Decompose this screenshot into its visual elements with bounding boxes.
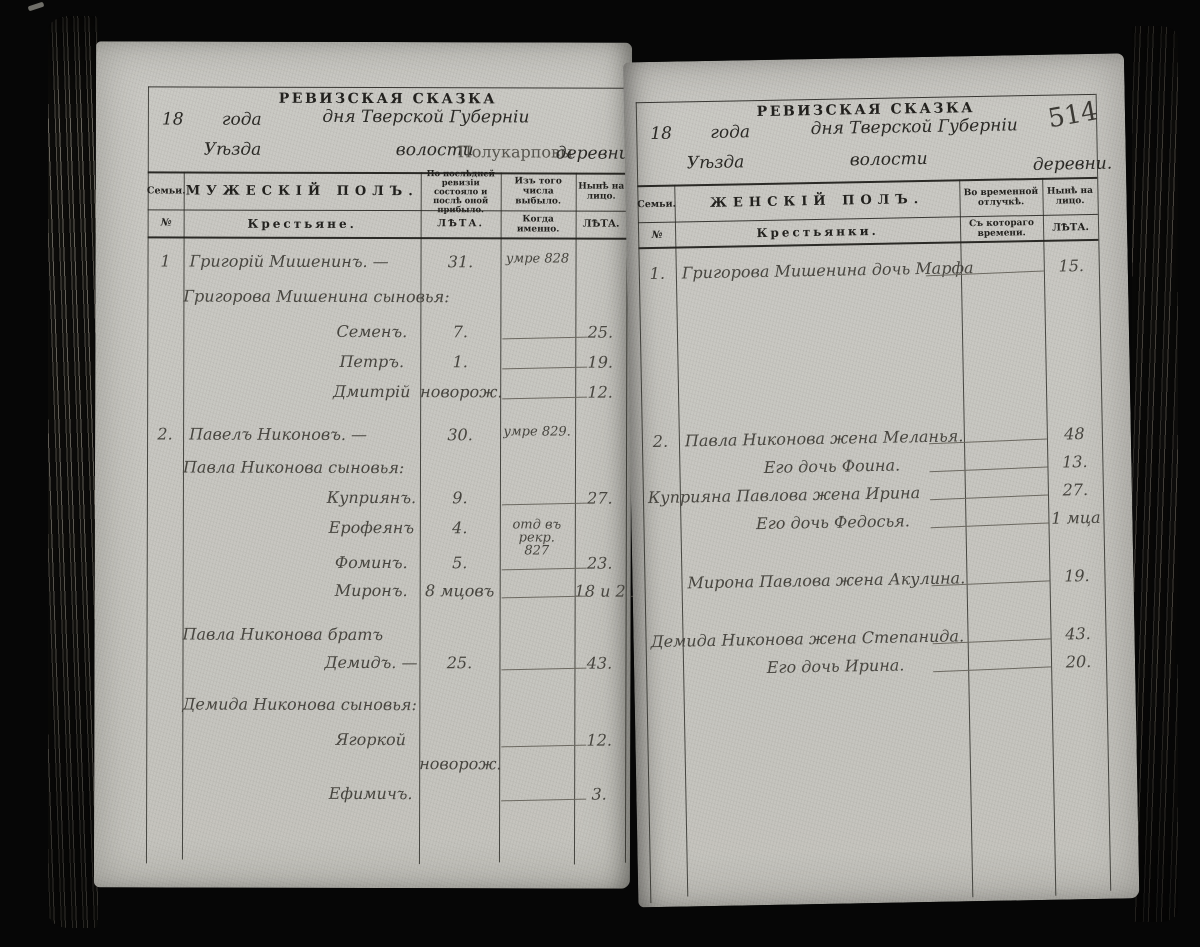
corner-mark	[28, 2, 45, 12]
person-name: Павла Никонова сыновья:	[183, 455, 420, 484]
col-header-now-present: Нынѣ на лицо.	[1043, 178, 1097, 215]
person-name: Мирона Павлова жена Акулина.	[681, 565, 972, 598]
col-header-absent: Во временной отлучкѣ.	[960, 179, 1042, 216]
age-previous-revision: 31.	[420, 249, 500, 277]
person-name: Павелъ Никоновъ. —	[183, 422, 426, 451]
age-now: 48	[1047, 421, 1103, 450]
age-now: 18 и 2 м.	[575, 579, 625, 607]
table-row: Мирона Павлова жена Акулина.19.	[644, 563, 1104, 599]
fill-line	[930, 494, 1048, 500]
col-header-family: Семьи.	[149, 172, 184, 208]
age-previous-revision: 7.	[420, 319, 500, 347]
left-table-body: 1Григорій Мишенинъ. —31.умре 828Григоров…	[146, 236, 626, 809]
table-row: Павла Никонова сыновья:	[147, 454, 626, 483]
age-now: 43.	[1050, 621, 1106, 650]
col-header-now-present: Нынѣ на лицо.	[577, 174, 626, 210]
page-title: РЕВИЗСКАЯ СКАЗКА	[148, 90, 628, 107]
year-prefix: 18	[650, 124, 672, 144]
table-row: Павла Никонова братъ	[147, 621, 626, 650]
table-row: 1Григорій Мишенинъ. —31.умре 828	[147, 248, 626, 277]
col-header-peasants: Крестьяне.	[185, 211, 420, 237]
age-now: 27.	[1048, 477, 1104, 506]
day-line: дня Тверской Губерніи	[784, 115, 1044, 140]
table-row: Григорова Мишенина сыновья:	[147, 283, 626, 312]
age-now: 27.	[575, 486, 625, 514]
right-table-body: 1.Григорова Мишенина дочь Марфа15.2.Павл…	[638, 239, 1106, 685]
book-fore-edge	[1132, 26, 1178, 922]
year-word: года	[710, 122, 750, 143]
col-header-number: №	[149, 210, 184, 235]
header-box-top-line	[148, 86, 628, 88]
person-name: Григорова Мишенина сыновья:	[183, 284, 420, 313]
col-header-when: Когда именно.	[502, 211, 575, 236]
age-previous-revision: 30.	[420, 422, 500, 450]
table-row: новорож.	[146, 750, 625, 779]
village-label: деревни.	[556, 144, 635, 164]
col-header-family: Семьи.	[638, 186, 675, 223]
family-number: 2.	[147, 421, 183, 449]
col-header-years-1: ЛѢТА.	[422, 211, 500, 236]
age-now: 13.	[1047, 449, 1103, 478]
age-now: 19.	[575, 350, 625, 378]
col-header-years-2: ЛѢТА.	[577, 212, 626, 237]
age-previous-revision: 1.	[420, 349, 500, 377]
age-previous-revision: 9.	[420, 485, 500, 513]
table-row: Миронъ.8 мцовъ18 и 2 м.	[147, 577, 626, 606]
age-now: 15.	[1044, 253, 1100, 282]
col-header-sex: МУЖЕСКІЙ ПОЛЪ.	[185, 173, 420, 210]
book-scan: РЕВИЗСКАЯ СКАЗКА 18 года дня Тверской Гу…	[0, 0, 1200, 947]
age-now: 12.	[575, 380, 625, 408]
note-when: умре 829.	[497, 422, 577, 438]
family-number: 1	[147, 248, 183, 276]
person-name: Его дочь Ирина.	[683, 651, 978, 684]
table-row: 1.Григорова Мишенина дочь Марфа15.	[639, 253, 1099, 289]
age-previous-revision: новорож.	[420, 379, 500, 407]
age-now: 25.	[575, 320, 625, 348]
table-row: Семенъ.7.25.	[147, 318, 626, 347]
table-row: 2.Павелъ Никоновъ. —30.умре 829.	[147, 421, 626, 450]
age-previous-revision: 4.	[420, 515, 500, 543]
person-name: Демида Никонова сыновья:	[182, 692, 419, 721]
col-header-sex: ЖЕНСКІЙ ПОЛЪ.	[675, 180, 959, 221]
family-number: 1.	[639, 261, 677, 290]
day-line: дня Тверской Губерніи	[296, 107, 556, 128]
table-row: Фоминъ.5.23.	[147, 549, 626, 578]
table-row: Ерофеянъ4.отд въ рекр. 827	[147, 514, 626, 543]
table-row: Дмитрійноворож.12.	[147, 378, 626, 407]
age-now: 19.	[1049, 563, 1105, 592]
age-now: 1 мца	[1048, 505, 1104, 534]
person-name: Григорова Мишенина дочь Марфа	[676, 255, 967, 288]
col-header-previous-revision: По послѣдней ревизіи состояло и послѣ он…	[422, 171, 500, 211]
village-label: деревни.	[1033, 154, 1113, 175]
person-name: Григорій Мишенинъ. —	[183, 249, 426, 278]
age-previous-revision: 8 мцовъ	[420, 578, 500, 606]
age-previous-revision: 5.	[420, 550, 500, 578]
age-previous-revision: новорож.	[419, 751, 499, 779]
table-row: Петръ.1.19.	[147, 348, 626, 377]
table-row: Демида Никонова сыновья:	[146, 691, 625, 720]
right-page: РЕВИЗСКАЯ СКАЗКА 514 18 года дня Тверско…	[623, 53, 1139, 907]
age-previous-revision: 25.	[419, 650, 499, 678]
age-now: 43.	[574, 651, 624, 679]
uyezd-label: Уѣзда	[204, 140, 262, 160]
left-page: РЕВИЗСКАЯ СКАЗКА 18 года дня Тверской Гу…	[94, 41, 632, 888]
year-word: года	[222, 110, 262, 130]
family-number: 2.	[642, 429, 680, 458]
person-name: Ефимичъ.	[182, 781, 489, 810]
note-when: умре 828	[498, 249, 578, 265]
col-header-since-when: Съ котораго времени.	[961, 216, 1042, 241]
age-now: 3.	[574, 782, 624, 810]
col-header-years: ЛѢТА.	[1044, 215, 1097, 240]
col-header-number: №	[639, 223, 675, 248]
age-now: 20.	[1051, 649, 1107, 678]
person-name: Павла Никонова братъ	[183, 622, 420, 651]
person-name: Его дочь Федосья.	[680, 507, 975, 540]
volost-label: волости	[850, 149, 928, 170]
table-row: Ефимичъ.3.	[146, 780, 625, 809]
age-now: 23.	[575, 551, 625, 579]
table-row: Демидъ. —25.43.	[146, 649, 625, 678]
year-prefix: 18	[162, 109, 184, 129]
table-row: Куприянъ.9.27.	[147, 484, 626, 513]
book-spine-edge	[48, 16, 98, 928]
uyezd-label: Уѣзда	[687, 152, 745, 173]
col-header-departed: Изъ того числа выбыло.	[502, 173, 575, 209]
